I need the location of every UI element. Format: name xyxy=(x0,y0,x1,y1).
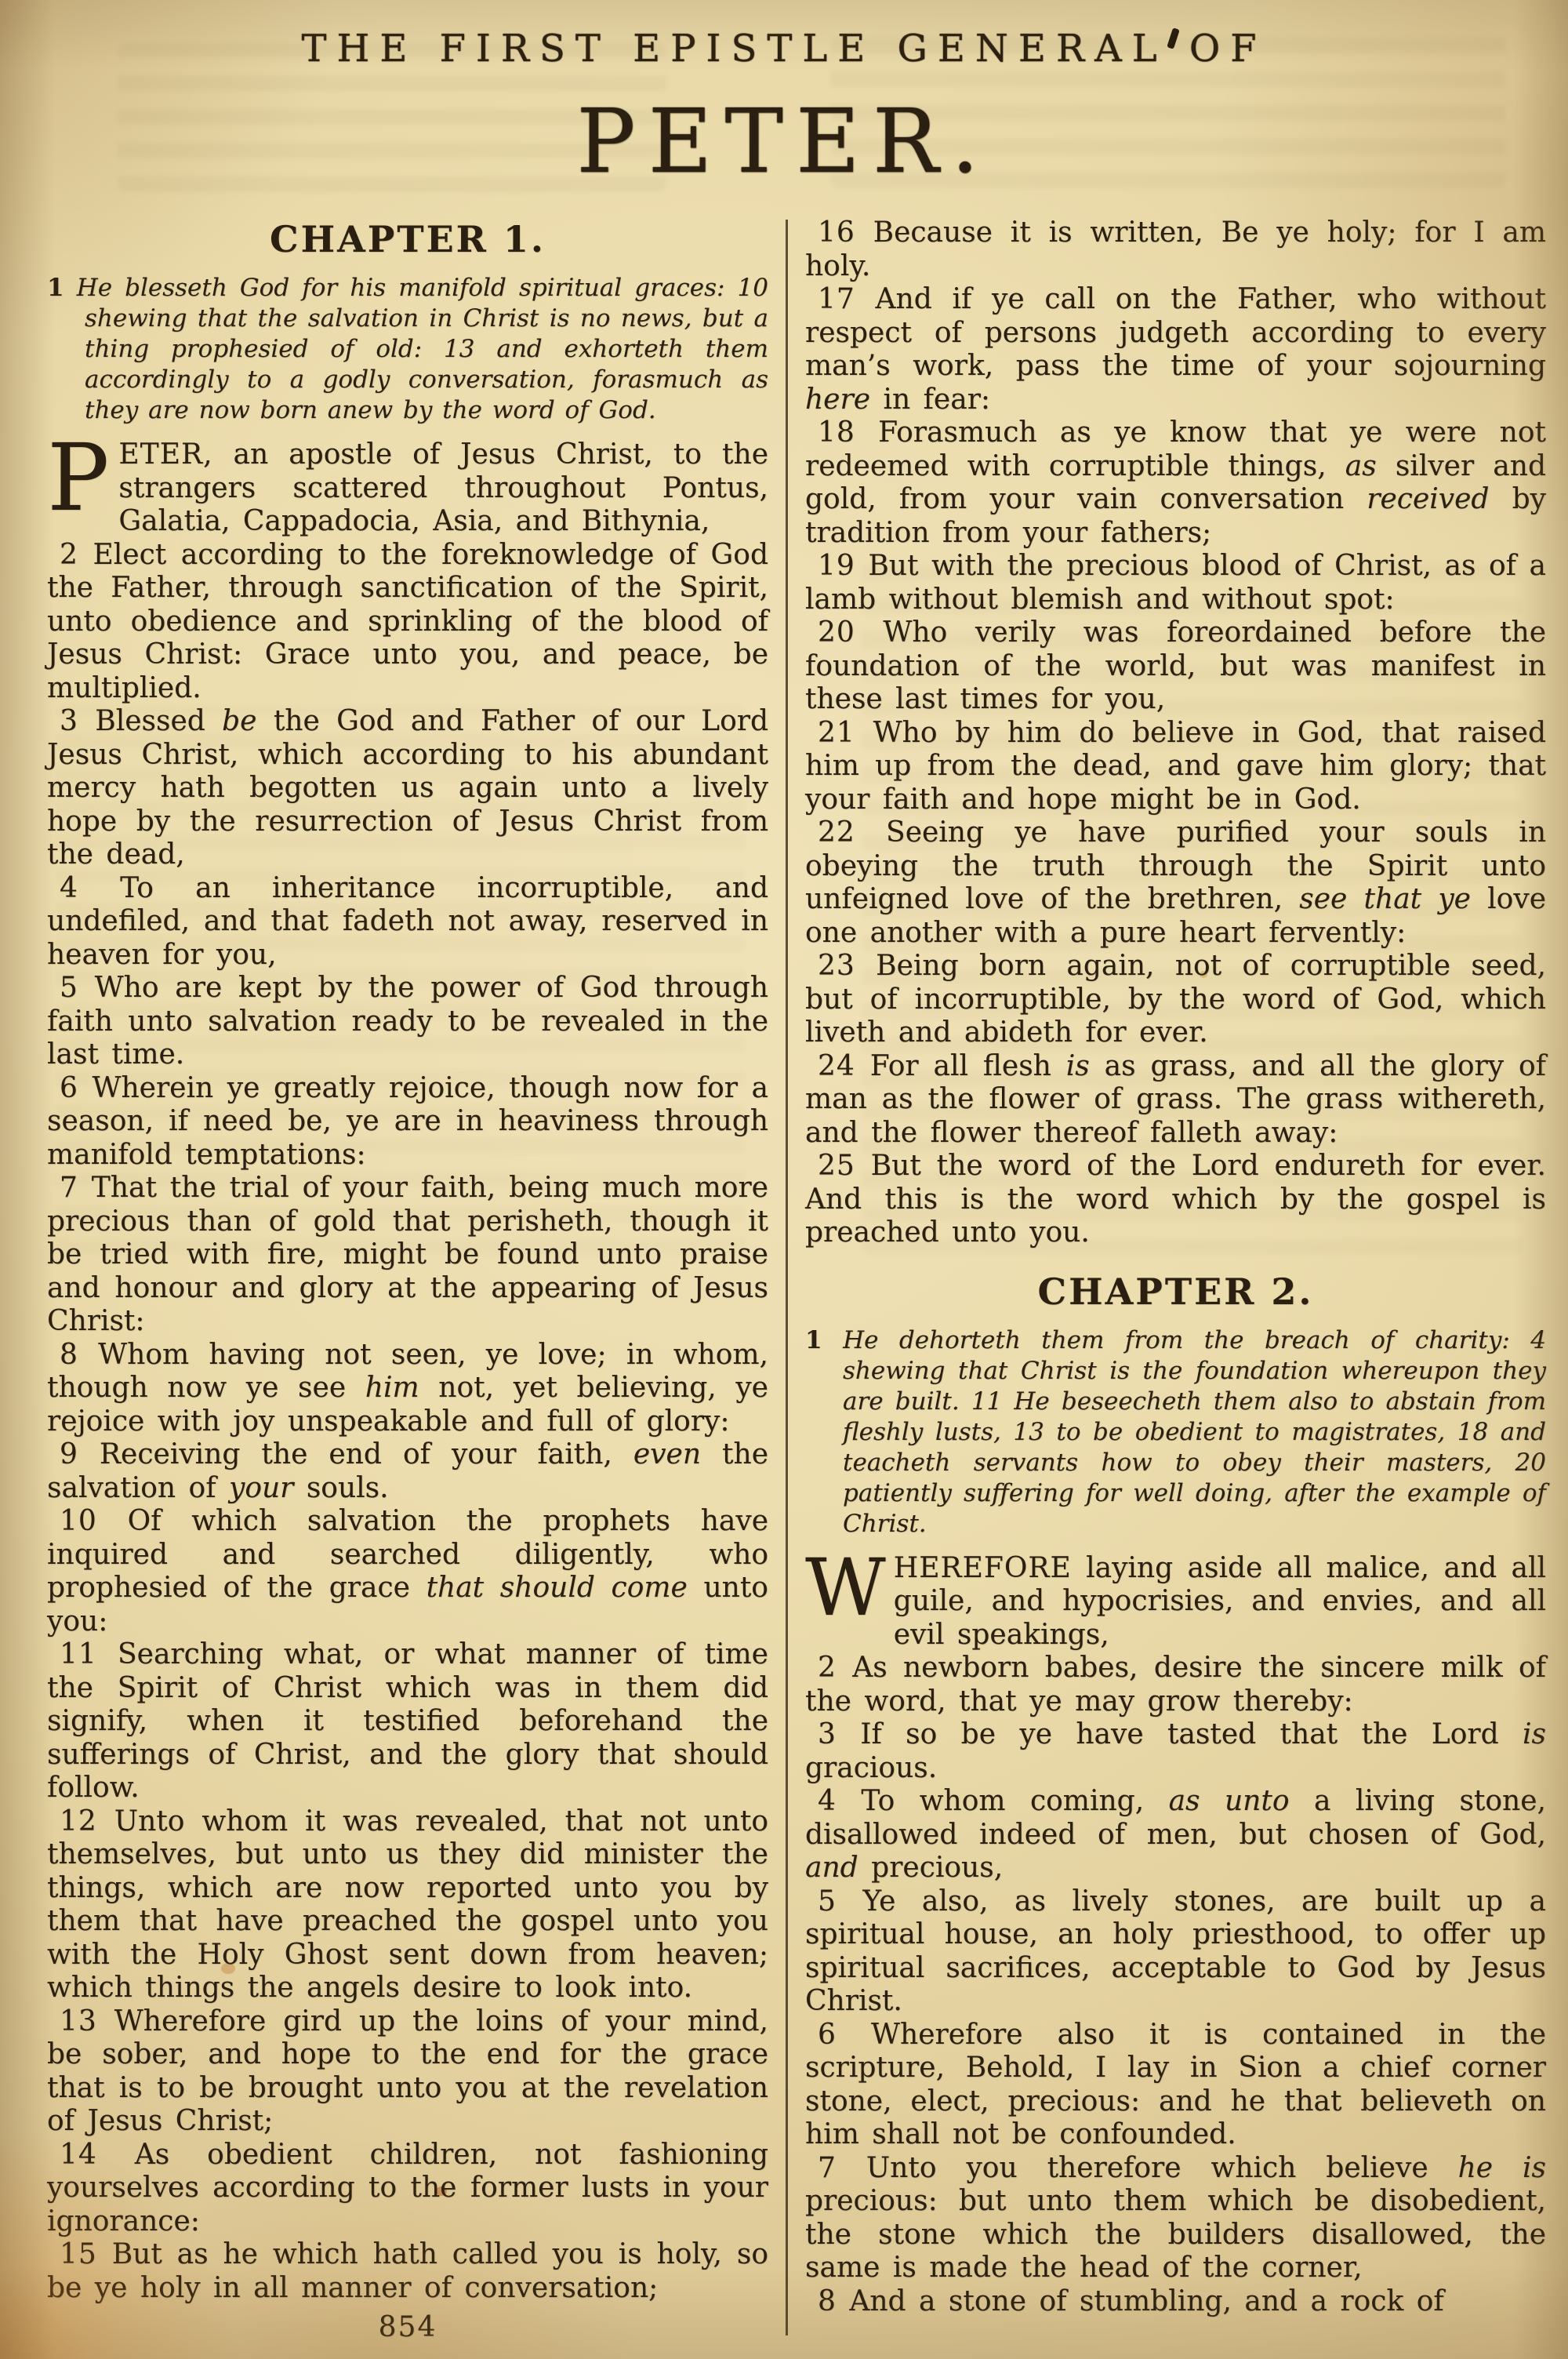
verse: 14 As obedient children, not fashioning … xyxy=(47,2139,768,2239)
page-number: 854 xyxy=(47,2311,768,2343)
summary-text: He dehorteth them from the breach of cha… xyxy=(843,1326,1546,1538)
verse: 3 Blessed be the God and Father of our L… xyxy=(47,705,768,872)
verse-number: 6 xyxy=(60,1072,78,1104)
verse: 8 And a stone of stumbling, and a rock o… xyxy=(805,2285,1546,2319)
column-divider-rule xyxy=(786,220,788,2335)
verse: 2 Elect according to the foreknowledge o… xyxy=(47,539,768,706)
chapter-2-heading: CHAPTER 2. xyxy=(805,1270,1546,1313)
verse-number: 16 xyxy=(818,216,855,249)
verse-lead-word: ETER, xyxy=(118,438,212,471)
summary-verse-number: 1 xyxy=(805,1326,822,1354)
verse: 20 Who verily was foreordained before th… xyxy=(805,616,1546,717)
chapter-1-summary: 1 He blesseth God for his manifold spiri… xyxy=(47,273,768,426)
verse-lead-word: HEREFORE xyxy=(894,1552,1072,1584)
chapter-1-verses-right: 16 Because it is written, Be ye holy; fo… xyxy=(805,216,1546,1250)
summary-verse-number: 1 xyxy=(47,274,64,302)
verse: 21 Who by him do believe in God, that ra… xyxy=(805,717,1546,817)
verse: 6 Wherefore also it is contained in the … xyxy=(805,2019,1546,2152)
book-title: THE FIRST EPISTLE GENERAL OF xyxy=(0,27,1568,71)
verse: PETER, an apostle of Jesus Christ, to th… xyxy=(47,438,768,539)
verse-number: 13 xyxy=(60,2005,97,2037)
verse-number: 5 xyxy=(818,1885,837,1917)
drop-cap: W xyxy=(805,1552,894,1619)
verse: 6 Wherein ye greatly rejoice, though now… xyxy=(47,1072,768,1172)
verse: 23 Being born again, not of corruptible … xyxy=(805,950,1546,1050)
verse: 7 Unto you therefore which believe he is… xyxy=(805,2152,1546,2285)
verse-number: 15 xyxy=(60,2238,97,2270)
verse-number: 9 xyxy=(60,1438,78,1470)
verse: 9 Receiving the end of your faith, even … xyxy=(47,1438,768,1505)
verse: 15 But as he which hath called you is ho… xyxy=(47,2238,768,2305)
verse-number: 17 xyxy=(818,283,855,315)
verse-number: 25 xyxy=(818,1150,855,1182)
verse: 19 But with the precious blood of Christ… xyxy=(805,550,1546,616)
chapter-2-summary: 1 He dehorteth them from the breach of c… xyxy=(805,1325,1546,1539)
verse-number: 18 xyxy=(818,416,855,449)
verse: 16 Because it is written, Be ye holy; fo… xyxy=(805,216,1546,283)
column-left: CHAPTER 1. 1 He blesseth God for his man… xyxy=(47,216,768,2343)
verse-number: 8 xyxy=(60,1339,78,1371)
scanned-bible-page: THE FIRST EPISTLE GENERAL OF PETER. CHAP… xyxy=(0,0,1568,2359)
verse: 4 To whom coming, as unto a living stone… xyxy=(805,1785,1546,1885)
book-name: PETER. xyxy=(0,91,1568,193)
verse-number: 7 xyxy=(60,1172,78,1204)
verse: 7 That the trial of your faith, being mu… xyxy=(47,1172,768,1339)
verse-number: 19 xyxy=(818,550,855,582)
verse-number: 20 xyxy=(818,616,855,649)
verse-number: 7 xyxy=(818,2152,837,2184)
verse: 25 But the word of the Lord endureth for… xyxy=(805,1150,1546,1250)
verse-number: 22 xyxy=(818,816,855,849)
drop-cap: P xyxy=(47,438,118,512)
title-block: THE FIRST EPISTLE GENERAL OF PETER. xyxy=(0,0,1568,193)
verse: 5 Who are kept by the power of God throu… xyxy=(47,972,768,1072)
verse: 5 Ye also, as lively stones, are built u… xyxy=(805,1885,1546,2019)
verse: 13 Wherefore gird up the loins of your m… xyxy=(47,2005,768,2139)
verse-number: 8 xyxy=(818,2285,837,2317)
text-columns: CHAPTER 1. 1 He blesseth God for his man… xyxy=(47,216,1546,2343)
verse-number: 23 xyxy=(818,950,855,982)
summary-text: He blesseth God for his manifold spiritu… xyxy=(77,274,768,424)
verse: 17 And if ye call on the Father, who wit… xyxy=(805,283,1546,416)
chapter-1-heading: CHAPTER 1. xyxy=(47,218,768,260)
column-right: 16 Because it is written, Be ye holy; fo… xyxy=(805,216,1546,2343)
verse: 2 As newborn babes, desire the sincere m… xyxy=(805,1652,1546,1718)
verse-number: 3 xyxy=(60,705,78,737)
verse-number: 3 xyxy=(818,1718,837,1750)
verse-number: 5 xyxy=(60,972,78,1004)
verse: WHEREFORE laying aside all malice, and a… xyxy=(805,1552,1546,1652)
verse-number: 10 xyxy=(60,1505,97,1537)
verse-number: 2 xyxy=(60,539,78,571)
verse: 12 Unto whom it was revealed, that not u… xyxy=(47,1805,768,2005)
verse-number: 21 xyxy=(818,717,855,749)
verse-number: 4 xyxy=(818,1785,837,1817)
verse: 8 Whom having not seen, ye love; in whom… xyxy=(47,1339,768,1439)
verse-number: 12 xyxy=(60,1805,97,1837)
verse-number: 14 xyxy=(60,2139,97,2171)
verse-number: 6 xyxy=(818,2019,837,2051)
verse: 4 To an inheritance incorruptible, and u… xyxy=(47,872,768,972)
verse: 10 Of which salvation the prophets have … xyxy=(47,1505,768,1638)
chapter-2-verses: WHEREFORE laying aside all malice, and a… xyxy=(805,1552,1546,2319)
verse: 22 Seeing ye have purified your souls in… xyxy=(805,816,1546,950)
chapter-1-verses-left: PETER, an apostle of Jesus Christ, to th… xyxy=(47,438,768,2305)
verse: 3 If so be ye have tasted that the Lord … xyxy=(805,1718,1546,1785)
verse-number: 24 xyxy=(818,1050,855,1082)
verse: 11 Searching what, or what manner of tim… xyxy=(47,1638,768,1805)
verse-number: 2 xyxy=(818,1652,837,1684)
verse-number: 11 xyxy=(60,1638,97,1670)
verse: 24 For all flesh is as grass, and all th… xyxy=(805,1050,1546,1150)
verse: 18 Forasmuch as ye know that ye were not… xyxy=(805,416,1546,550)
verse-number: 4 xyxy=(60,872,78,904)
